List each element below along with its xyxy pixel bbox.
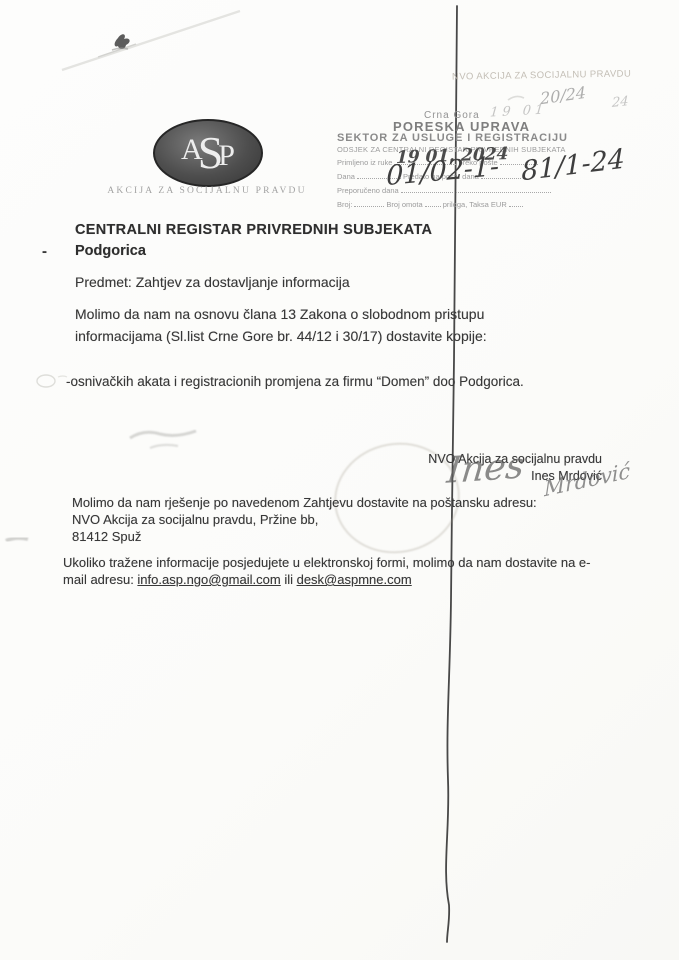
logo-letter-p: P (218, 139, 235, 173)
stamp-label-fee: priloga, Taksa EUR (443, 200, 507, 209)
email-address-secondary: desk@aspmne.com (297, 572, 412, 587)
stamp-form-line-4: Broj:Broj omotapriloga, Taksa EUR (337, 199, 525, 209)
staple-mark (115, 34, 130, 49)
stamp-blank-line (354, 199, 384, 207)
handwritten-signature-first-name: Ines (445, 445, 526, 492)
stamp-label-received-by-hand: Primljeno iz ruke (337, 158, 392, 167)
email-paragraph-line-1: Ukoliko tražene informacije posjedujete … (63, 555, 590, 570)
stamp-label-enclosures: Broj omota (386, 200, 422, 209)
requested-documents-item: -osnivačkih akata i registracionih promj… (66, 374, 524, 389)
stamp-sector: SEKTOR ZA USLUGE I REGISTRACIJU (337, 132, 568, 144)
postal-address-line-1: Molimo da nam rješenje po navedenom Zaht… (72, 495, 537, 510)
pencil-smudge (130, 431, 196, 448)
scanned-letter-page: ASP AKCIJA ZA SOCIJALNU PRAVDU NVO AKCIJ… (0, 0, 679, 960)
stamp-label-number: Broj: (337, 200, 352, 209)
handwritten-year-faint: 24 (612, 94, 629, 111)
logo-org-name: AKCIJA ZA SOCIJALNU PRAVDU (96, 186, 318, 196)
email-paragraph-prefix: mail adresu: (63, 572, 137, 587)
body-paragraph-1-line-1: Molimo da nam na osnovu člana 13 Zakona … (75, 306, 484, 322)
body-paragraph-1-line-2: informacijama (Sl.list Crne Gore br. 44/… (75, 328, 487, 344)
email-paragraph-line-2: mail adresu: info.asp.ngo@gmail.com ili … (63, 572, 412, 587)
postal-address-line-2: NVO Akcija za socijalnu pravdu, Pržine b… (72, 512, 318, 527)
margin-dash: - (42, 243, 47, 260)
ref-squiggle (508, 96, 524, 100)
asp-logo: ASP (153, 119, 263, 187)
corner-crease (62, 11, 240, 70)
recipient-name: CENTRALNI REGISTAR PRIVREDNIH SUBJEKATA (75, 222, 432, 238)
recipient-city: Podgorica (75, 243, 146, 259)
handwritten-date-faint: 19 01 (489, 102, 547, 120)
stamp-blank-line (425, 199, 441, 207)
postal-address-line-3: 81412 Spuž (72, 529, 141, 544)
stamp-blank-line (509, 199, 523, 207)
subject-line: Predmet: Zahtjev za dostavljanje informa… (75, 274, 350, 290)
logo-letter-a: A (181, 133, 203, 167)
email-address-primary: info.asp.ngo@gmail.com (137, 572, 280, 587)
margin-smudge (6, 538, 28, 541)
ngo-receipt-stamp-text: NVO AKCIJA ZA SOCIJALNU PRAVDU (452, 68, 631, 82)
faint-check-mark (37, 375, 67, 387)
email-paragraph-conjunction: ili (281, 572, 297, 587)
stamp-label-date: Dana (337, 172, 355, 181)
